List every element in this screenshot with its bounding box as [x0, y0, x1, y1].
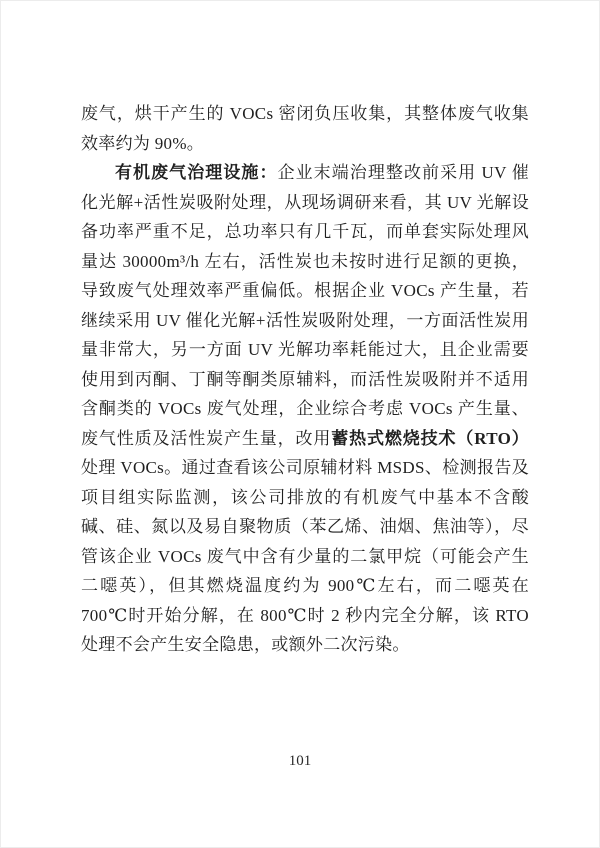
- paragraph-text: 废气，烘干产生的 VOCs 密闭负压收集，其整体废气收集效率约为 90%。: [81, 104, 529, 153]
- document-page: 废气，烘干产生的 VOCs 密闭负压收集，其整体废气收集效率约为 90%。 有机…: [0, 0, 600, 848]
- page-content: 废气，烘干产生的 VOCs 密闭负压收集，其整体废气收集效率约为 90%。 有机…: [81, 99, 529, 660]
- page-number: 101: [1, 753, 599, 770]
- paragraph-text: 处理 VOCs。通过查看该公司原辅材料 MSDS、检测报告及项目组实际监测，该公…: [81, 458, 529, 654]
- body-paragraph: 有机废气治理设施：企业末端治理整改前采用 UV 催化光解+活性炭吸附处理，从现场…: [81, 158, 529, 660]
- paragraph-lead-bold: 有机废气治理设施：: [115, 163, 278, 182]
- paragraph-bold-rto: 蓄热式燃烧技术（RTO）: [331, 429, 529, 448]
- paragraph-text: 企业末端治理整改前采用 UV 催化光解+活性炭吸附处理，从现场调研来看，其 UV…: [81, 163, 529, 448]
- body-paragraph: 废气，烘干产生的 VOCs 密闭负压收集，其整体废气收集效率约为 90%。: [81, 99, 529, 158]
